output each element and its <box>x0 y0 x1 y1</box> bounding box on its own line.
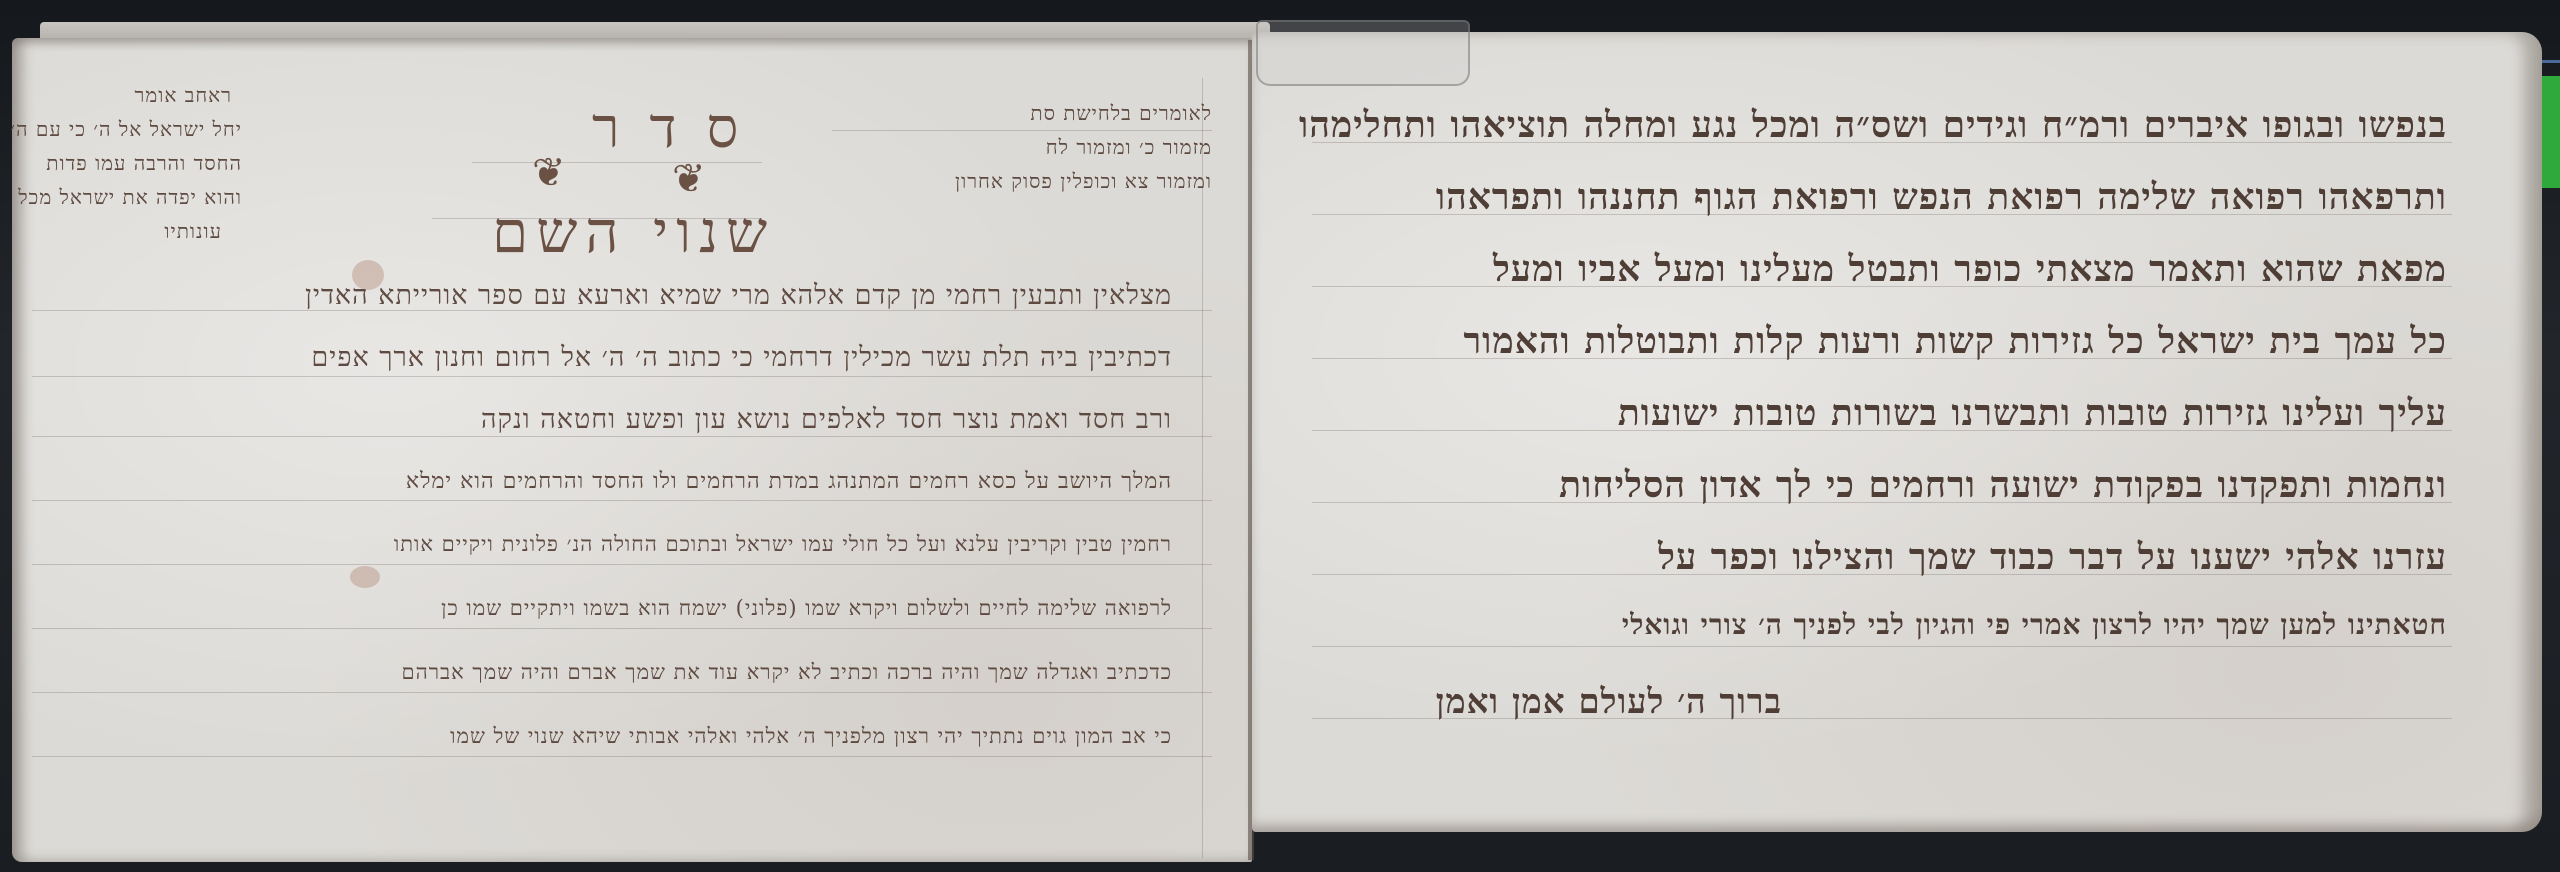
transparent-tape <box>1256 20 1470 86</box>
marginal-note-right: לאומרים בלחישת סת מזמור כ׳ ומזמור לח ומז… <box>852 96 1212 198</box>
note-line: עונותיו <box>32 214 242 248</box>
note-line: מזמור כ׳ ומזמור לח <box>852 130 1212 164</box>
body-line: רחמין טבין וקריבין עלנא ועל כל חולי עמו … <box>394 532 1172 557</box>
note-line: יחל ישראל אל ה׳ כי עם ה׳ <box>32 112 242 146</box>
right-page: בנפשו ובגופו איברים ורמ״ח וגידים ושס״ה ו… <box>1252 32 2542 832</box>
note-line: החסד והרבה עמו פדות <box>32 146 242 180</box>
body-line: מפאת שהוא ותאמר מצאתי כופר ותבטל מעלינו … <box>1493 248 2447 290</box>
body-line: ותרפאהו רפואה שלימה רפואת הנפש ורפואת הג… <box>1436 176 2447 218</box>
note-line: לאומרים בלחישת סת <box>852 96 1212 130</box>
title-line-2: שנוי השם <box>492 198 775 266</box>
body-line: עליך ועלינו גזירות טובות ותבשרנו בשורות … <box>1618 392 2447 434</box>
body-line: ונחמות ותפקדנו בפקודת ישועה ורחמים כי לך… <box>1559 464 2447 506</box>
floral-ornament-icon: ❦ <box>672 156 706 202</box>
ink-stain <box>350 566 380 588</box>
note-line: והוא יפדה את ישראל מכל <box>32 180 242 214</box>
title-line-1: סדר <box>592 96 768 161</box>
marginal-note-left: ראחב אומר יחל ישראל אל ה׳ כי עם ה׳ החסד … <box>32 78 242 248</box>
note-line: ראחב אומר <box>32 78 242 112</box>
body-line: המלך היושב על כסא רחמים המתנהג במדת הרחמ… <box>406 468 1172 494</box>
body-line: דכתיבין ביה תלת עשר מכילין דרחמי כי כתוב… <box>311 342 1172 373</box>
note-line: ומזמור צא וכופלין פסוק אחרון <box>852 164 1212 198</box>
body-line: חטאתינו למען שמך יהיו לרצון אמרי פי והגי… <box>1622 608 2447 642</box>
body-line: בנפשו ובגופו איברים ורמ״ח וגידים ושס״ה ו… <box>1299 104 2447 146</box>
body-line: כל עמך בית ישראל כל גזירות קשות ורעות קל… <box>1464 320 2448 362</box>
body-line: לרפואה שלימה לחיים ולשלום ויקרא שמו (פלו… <box>441 596 1172 621</box>
left-page: ראחב אומר יחל ישראל אל ה׳ כי עם ה׳ החסד … <box>12 38 1252 862</box>
body-line: מצלאין ותבעין רחמי מן קדם אלהא מרי שמיא … <box>305 280 1172 311</box>
body-line: ורב חסד ואמת נוצר חסד לאלפים נושא עון ופ… <box>481 404 1172 435</box>
body-line: כי אב המון גוים נתתיך יהי רצון מלפניך ה׳… <box>450 724 1172 749</box>
floral-ornament-icon: ❦ <box>532 150 566 196</box>
closing-line: ברוך ה׳ לעולם אמן ואמן <box>1436 682 1782 722</box>
body-line: כדכתיב ואגדלה שמך והיה ברכה וכתיב לא יקר… <box>402 660 1172 685</box>
body-line: עזרנו אלהי ישענו על דבר כבוד שמך והצילנו… <box>1658 536 2447 578</box>
